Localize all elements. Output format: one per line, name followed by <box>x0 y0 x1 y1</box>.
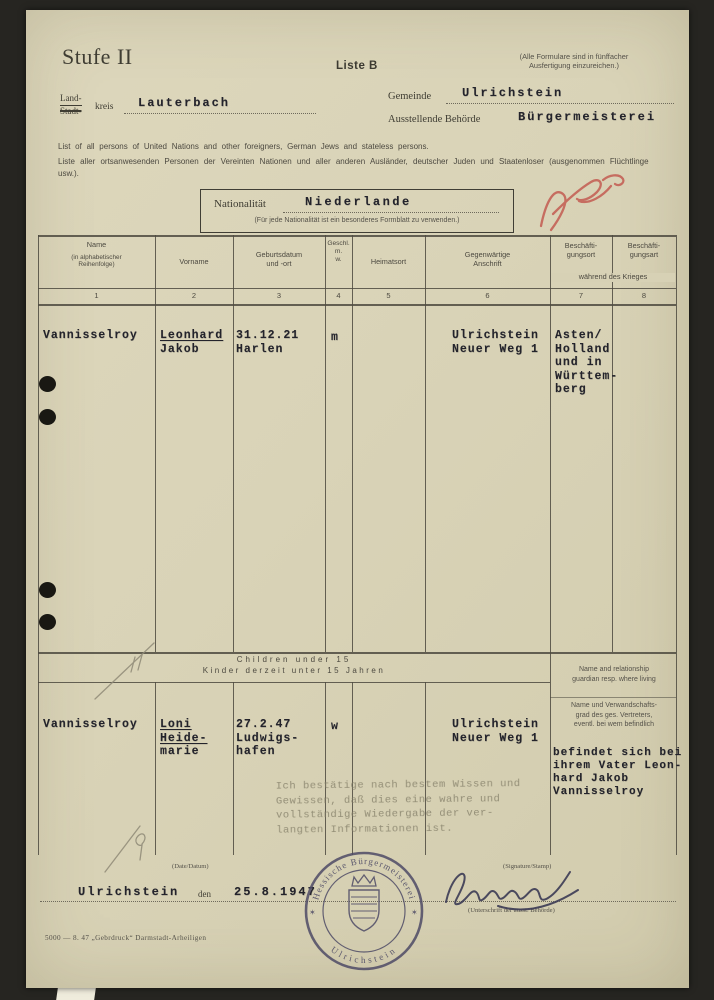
adult-employment-place: Asten/ Holland und in Württem- berg <box>555 329 618 397</box>
punch-hole <box>39 376 56 392</box>
col-header-geschlecht: Geschl. m. w. <box>325 240 352 264</box>
punch-hole <box>39 614 56 630</box>
child-name: Vannisselroy <box>43 718 138 732</box>
adult-name: Vannisselroy <box>43 329 138 343</box>
col-number: 7 <box>550 291 612 300</box>
col-header-vorname: Vorname <box>155 258 233 267</box>
col-header-beschaeftigungsort: Beschäfti- gungsort <box>550 242 612 260</box>
svg-text:Ulrichstein: Ulrichstein <box>329 944 399 965</box>
nationality-value: Niederlande <box>305 196 412 210</box>
col-header-anschrift: Gegenwärtige Anschrift <box>425 251 550 269</box>
print-shop-note: 5000 — 8. 47 „Gebrdruck“ Darmstadt-Arhei… <box>45 934 206 942</box>
page-edge-backing <box>56 988 96 1000</box>
copies-note: (Alle Formulare sind in fünffacher Ausfe… <box>472 52 676 70</box>
col-header-geburtsdatum: Geburtsdatum und -ort <box>233 251 325 269</box>
child-vorname-3: marie <box>160 745 207 759</box>
table-line <box>550 235 551 855</box>
official-round-stamp: Hessische Bürgermeisterei Ulrichstein ✶ … <box>302 848 426 982</box>
col-number: 6 <box>425 291 550 300</box>
table-line <box>38 304 676 306</box>
pencil-mark <box>96 818 168 882</box>
nationality-note: (Für jede Nationalität ist ein besondere… <box>201 217 513 224</box>
certification-stamp-text: Ich bestätige nach bestem Wissen und Gew… <box>276 776 587 837</box>
war-note: während des Krieges <box>551 273 675 282</box>
stadt-label: Stadt- <box>60 106 82 117</box>
mayor-signature <box>438 862 588 918</box>
place-value: Ulrichstein <box>78 886 179 900</box>
adult-vorname-1: Leonhard <box>160 329 223 343</box>
nationality-box: Nationalität Niederlande (Für jede Natio… <box>200 189 514 233</box>
punch-hole <box>39 409 56 425</box>
kreis-label: kreis <box>95 102 113 112</box>
col-number: 2 <box>155 291 233 300</box>
stamp-bottom-text: Ulrichstein <box>329 944 399 965</box>
children-heading: Children under 15 Kinder derzeit unter 1… <box>38 655 550 675</box>
table-line <box>38 235 676 237</box>
child-sex: w <box>331 720 339 734</box>
child-address: Ulrichstein Neuer Weg 1 <box>452 718 539 745</box>
guardian-note-en: Name and relationship guardian resp. whe… <box>553 665 675 684</box>
col-number: 1 <box>38 291 155 300</box>
guardian-note-de: Name und Verwandschafts- grad des ges. V… <box>553 701 675 730</box>
document-sheet: Stufe II Liste B (Alle Formulare sind in… <box>26 10 689 988</box>
child-vorname-1: Loni <box>160 718 207 732</box>
col-number: 5 <box>352 291 425 300</box>
child-birth: 27.2.47 Ludwigs- hafen <box>236 718 299 759</box>
adult-address: Ulrichstein Neuer Weg 1 <box>452 329 539 356</box>
col-header-heimatsort: Heimatsort <box>352 258 425 267</box>
land-label: Land- <box>60 93 82 106</box>
behoerde-label: Ausstellende Behörde <box>388 114 480 125</box>
kreis-value: Lauterbach <box>138 97 230 111</box>
col-number: 3 <box>233 291 325 300</box>
col-number: 8 <box>612 291 676 300</box>
col-number: 4 <box>325 291 352 300</box>
table-line <box>38 288 676 289</box>
landkreis-label-stack: Land- Stadt- <box>60 93 82 117</box>
table-line <box>550 697 676 698</box>
den-label: den <box>198 889 211 899</box>
scan-background: { "header": { "stufe": "Stufe II", "list… <box>0 0 714 1000</box>
table-line <box>38 235 39 855</box>
stamp-star-right: ✶ <box>411 908 418 917</box>
adult-vorname-2: Jakob <box>160 343 223 357</box>
adult-sex: m <box>331 331 339 345</box>
form-grade-title: Stufe II <box>62 44 133 70</box>
behoerde-value: Bürgermeisterei <box>518 111 656 125</box>
date-label: (Date/Datum) <box>172 863 209 870</box>
list-title: Liste B <box>336 60 378 72</box>
col-header-beschaeftigungsart: Beschäfti- gungsart <box>612 242 676 260</box>
table-line <box>233 682 234 855</box>
adult-birth: 31.12.21 Harlen <box>236 329 299 356</box>
col-header-name: Name (in alphabetischer Reihenfolge) <box>38 241 155 269</box>
nationality-label: Nationalität <box>214 198 266 210</box>
child-vorname-2: Heide- <box>160 732 207 746</box>
col-sublabel: (in alphabetischer Reihenfolge) <box>38 254 155 269</box>
gemeinde-value: Ulrichstein <box>462 87 563 101</box>
children-heading-en: Children under 15 <box>38 655 550 664</box>
child-vorname: Loni Heide- marie <box>160 718 207 759</box>
description-en: List of all persons of United Nations an… <box>58 141 670 153</box>
adult-vorname: Leonhard Jakob <box>160 329 223 356</box>
col-label: Name <box>38 241 155 250</box>
punch-hole <box>39 582 56 598</box>
stamp-star-left: ✶ <box>309 908 316 917</box>
gemeinde-label: Gemeinde <box>388 91 431 102</box>
children-heading-de: Kinder derzeit unter 15 Jahren <box>38 666 550 675</box>
red-pencil-annotation <box>531 170 635 240</box>
